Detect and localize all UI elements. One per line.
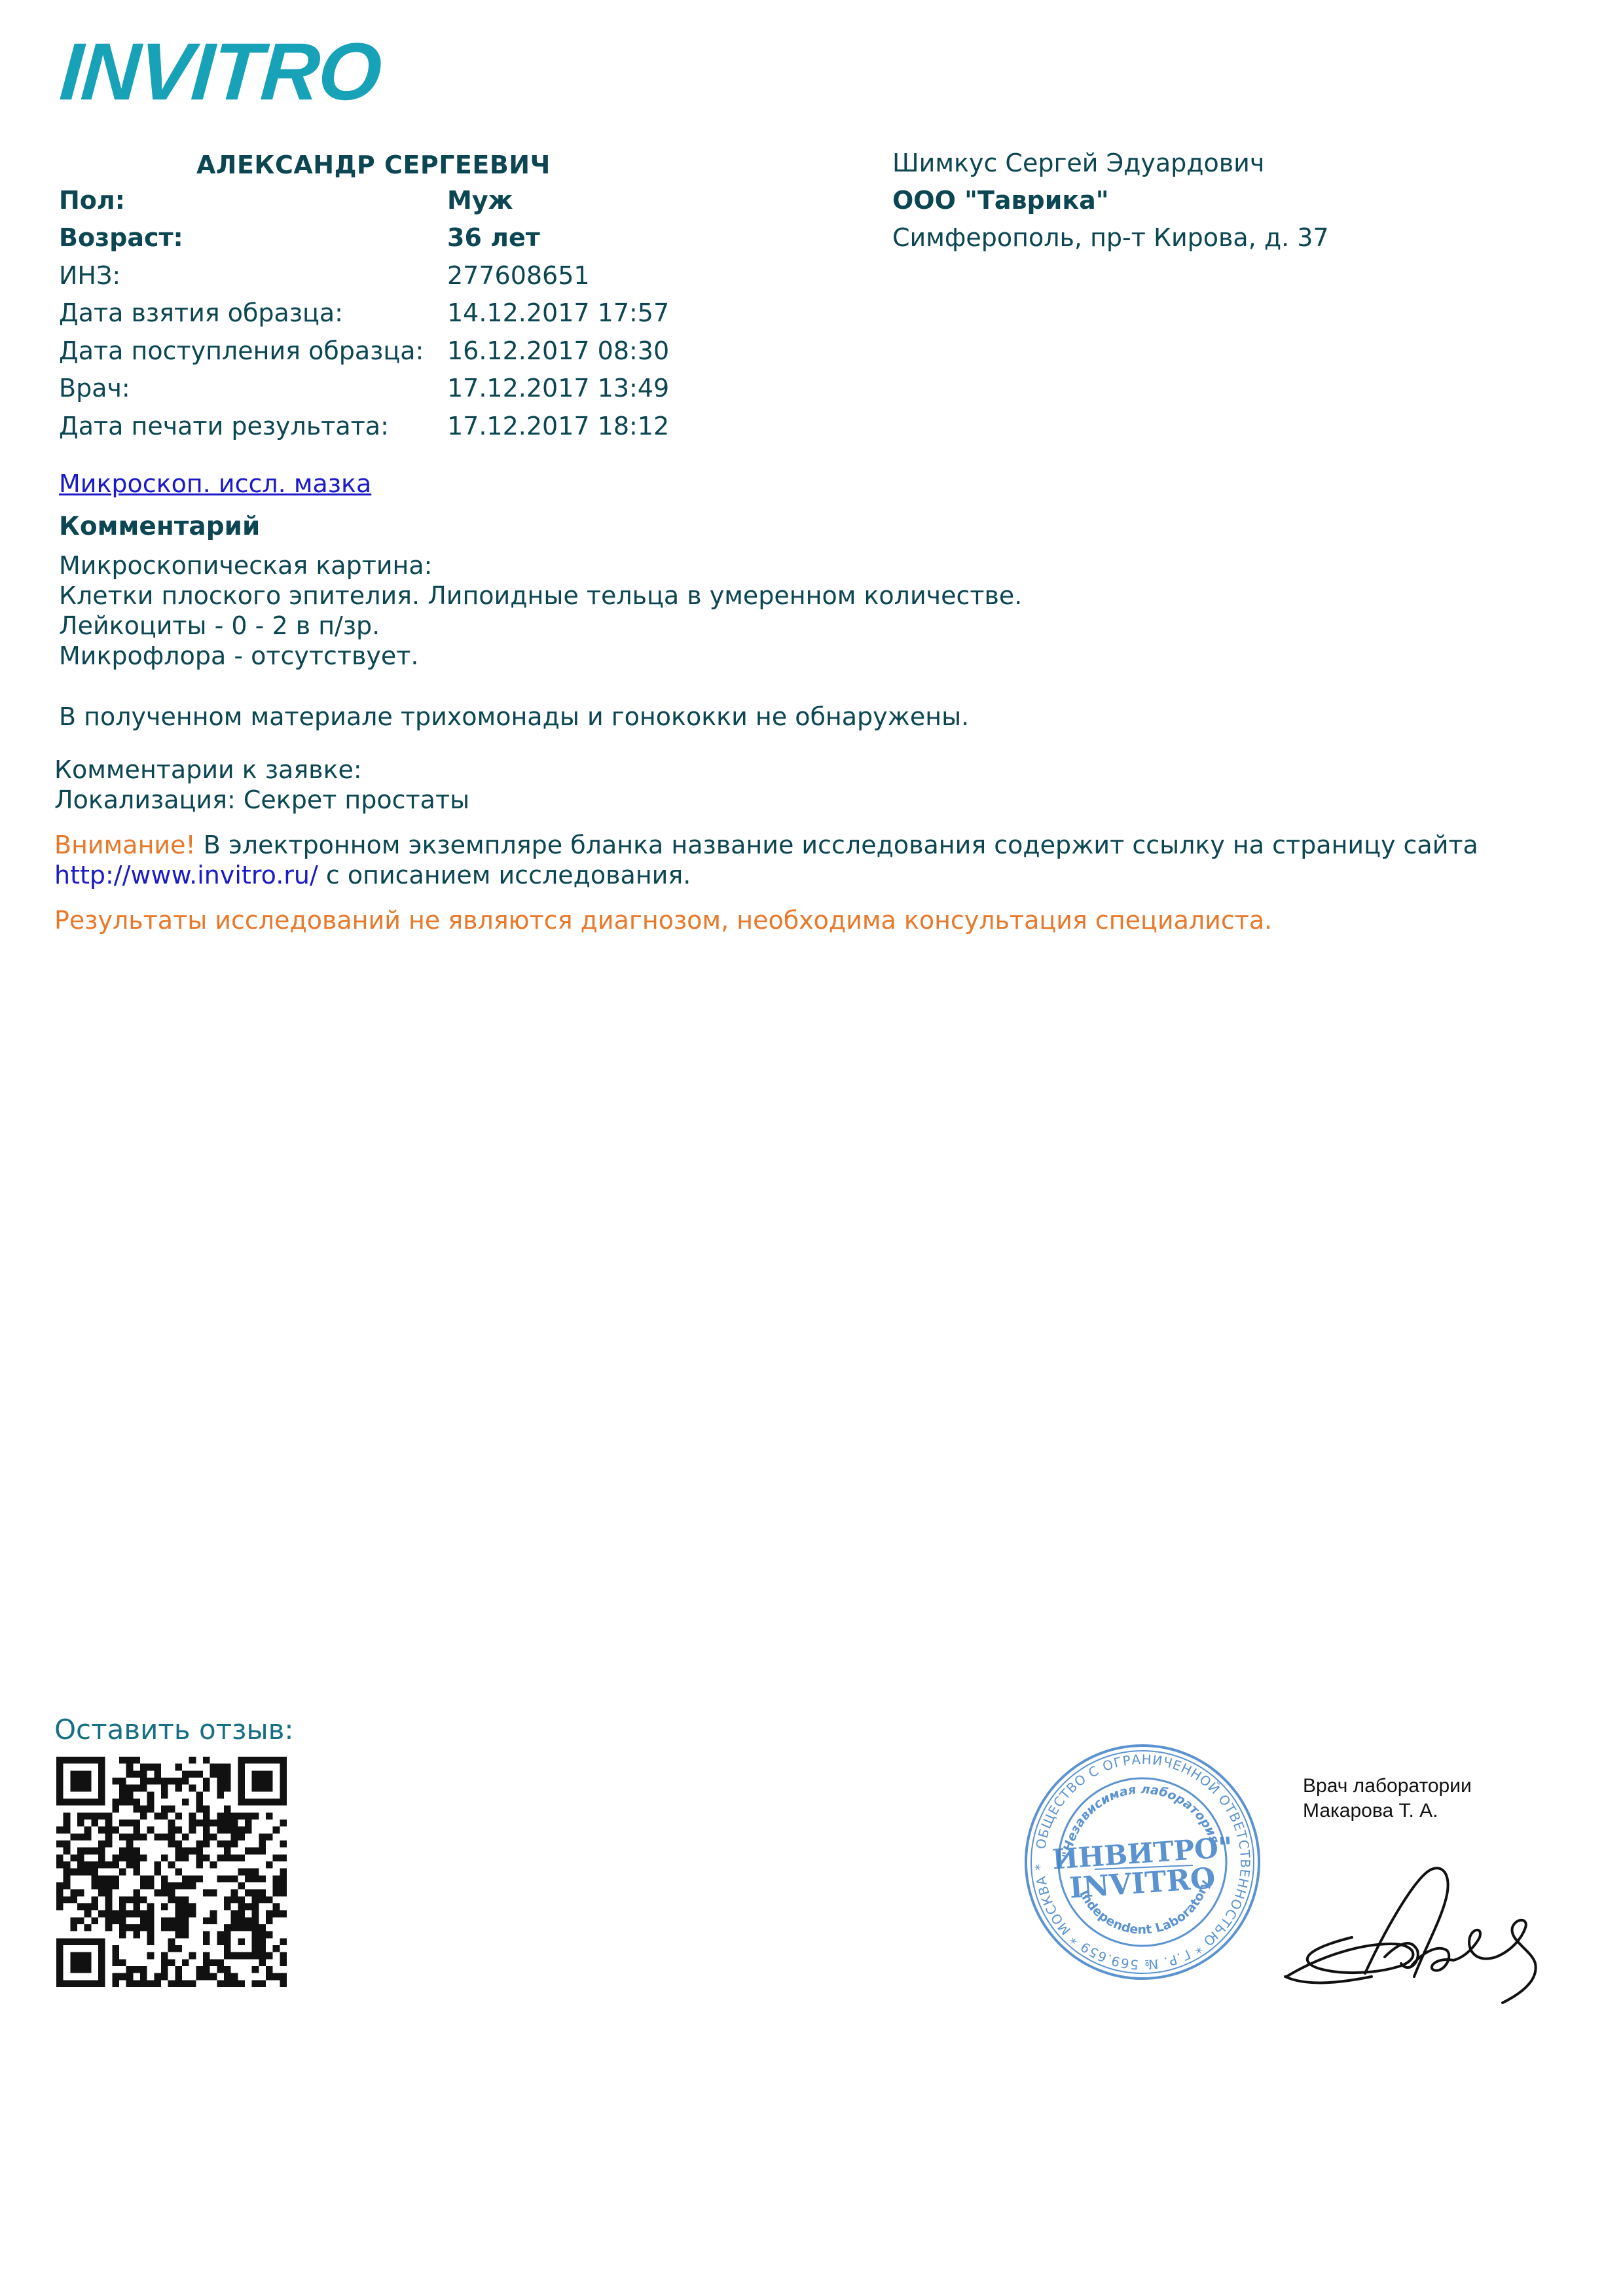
field-label: Возраст: (59, 225, 183, 250)
signer-title: Врач лаборатории (1303, 1775, 1472, 1797)
study-link[interactable]: Микроскоп. иссл. мазка (59, 471, 371, 496)
patient-name: АЛЕКСАНДР СЕРГЕЕВИЧ (196, 151, 551, 179)
attention-text: В электронном экземпляре бланка название… (196, 831, 1478, 859)
field-label: Дата поступления образца: (59, 338, 424, 363)
referring-doctor-name: Шимкус Сергей Эдуардович (892, 151, 1264, 175)
field-value: 277608651 (447, 263, 590, 288)
invitro-logo: INVITRO (58, 31, 384, 113)
organization-name: ООО "Таврика" (892, 188, 1109, 213)
comment-title: Комментарий (59, 512, 260, 541)
field-value: Муж (447, 188, 513, 213)
study-conclusion: В полученном материале трихомонады и гон… (59, 704, 969, 729)
comment-line-1: Микроскопическая картина: (59, 553, 432, 578)
comment-line-4: Микрофлора - отсутствует. (59, 643, 419, 668)
field-value: 17.12.2017 13:49 (447, 376, 669, 401)
field-value: 36 лет (447, 225, 540, 250)
comment-line-3: Лейкоциты - 0 - 2 в п/зр. (59, 613, 380, 638)
comment-line-2: Клетки плоского эпителия. Липоидные тель… (59, 583, 1022, 608)
feedback-qr-code[interactable] (56, 1757, 287, 1987)
field-label: Пол: (59, 188, 125, 213)
order-comments-title: Комментарии к заявке: (54, 757, 362, 782)
attention-label: Внимание! (54, 831, 196, 859)
doctor-signature (1280, 1846, 1555, 2016)
field-label: Врач: (59, 376, 130, 401)
field-value: 16.12.2017 08:30 (447, 338, 669, 363)
site-link-suffix: с описанием исследования. (318, 861, 691, 889)
field-label: Дата взятия образца: (59, 300, 343, 325)
organization-address: Симферополь, пр-т Кирова, д. 37 (892, 225, 1329, 250)
feedback-label: Оставить отзыв: (54, 1713, 294, 1746)
field-value: 17.12.2017 18:12 (447, 414, 669, 439)
site-link-line: http://www.invitro.ru/ с описанием иссле… (54, 863, 691, 888)
field-label: Дата печати результата: (59, 414, 389, 439)
disclaimer: Результаты исследований не являются диаг… (54, 908, 1272, 933)
site-link[interactable]: http://www.invitro.ru/ (54, 861, 318, 889)
attention-notice: Внимание! В электронном экземпляре бланк… (54, 833, 1478, 857)
order-localization: Локализация: Секрет простаты (54, 787, 469, 812)
field-label: ИНЗ: (59, 263, 120, 288)
field-value: 14.12.2017 17:57 (447, 300, 669, 325)
laboratory-stamp: ОБЩЕСТВО С ОГРАНИЧЕННОЙ ОТВЕТСТВЕННОСТЬЮ… (1021, 1741, 1264, 1983)
signer-name: Макарова Т. А. (1303, 1800, 1438, 1822)
